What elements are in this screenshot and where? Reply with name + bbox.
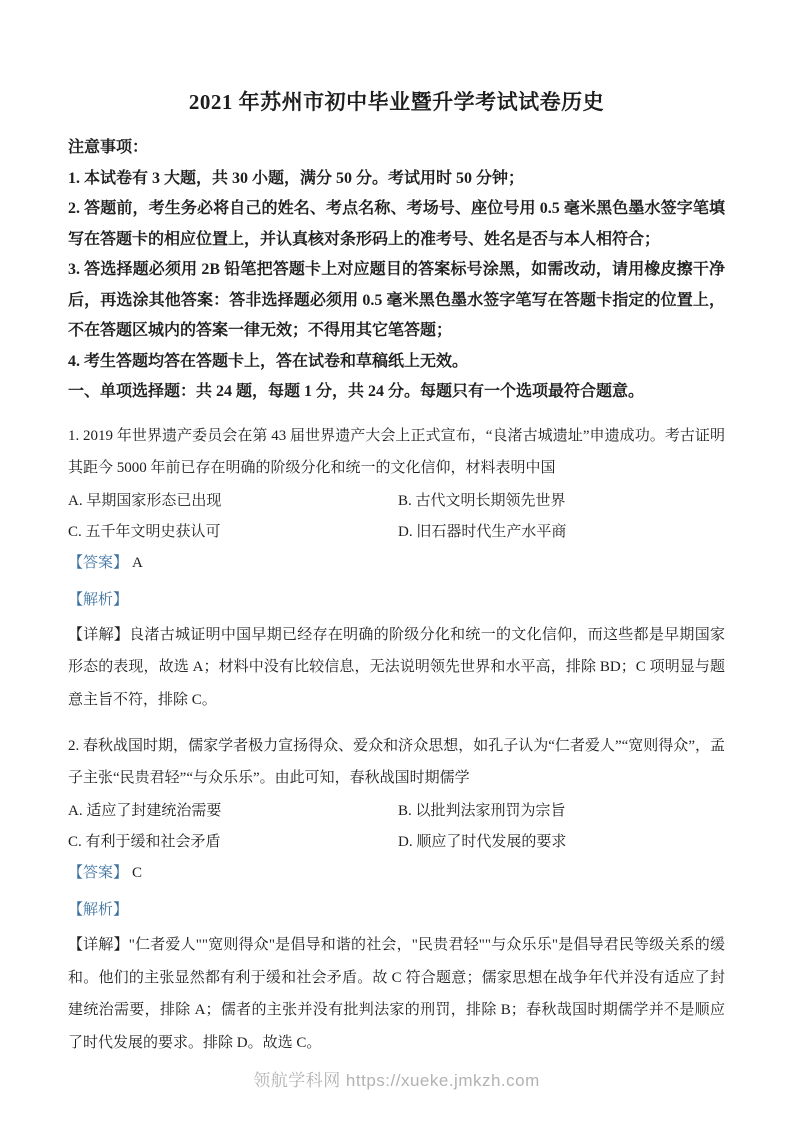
watermark-footer: 领航学科网 https://xueke.jmkzh.com xyxy=(0,1066,793,1091)
answer-marker: 【答案】 xyxy=(68,555,128,571)
answer-value: C xyxy=(132,865,142,881)
analysis-marker: 【解析】 xyxy=(68,902,128,918)
notice-item-2: 2. 答题前，考生务必将自己的姓名、考点名称、考场号、座位号用 0.5 毫米黑色… xyxy=(68,194,725,255)
question-2-option-c: C. 有利于缓和社会矛盾 xyxy=(68,832,398,852)
exam-paper-page: 2021 年苏州市初中毕业暨升学考试试卷历史 注意事项： 1. 本试卷有 3 大… xyxy=(0,0,793,1122)
question-2-option-d: D. 顺应了时代发展的要求 xyxy=(398,832,725,852)
answer-marker: 【答案】 xyxy=(68,865,128,881)
question-2-text: 2. 春秋战国时期，儒家学者极力宣扬得众、爱众和济众思想，如孔子认为“仁者爱人”… xyxy=(68,730,725,794)
question-2-answer-line: 【答案】C xyxy=(68,863,725,883)
question-1-option-d: D. 旧石器时代生产水平商 xyxy=(398,522,725,542)
question-1-options: A. 早期国家形态已出现 B. 古代文明长期领先世界 C. 五千年文明史获认可 … xyxy=(68,491,725,542)
page-title: 2021 年苏州市初中毕业暨升学考试试卷历史 xyxy=(0,0,793,116)
answer-value: A xyxy=(132,555,143,571)
question-2: 2. 春秋战国时期，儒家学者极力宣扬得众、爱众和济众思想，如孔子认为“仁者爱人”… xyxy=(68,730,725,1059)
question-1: 1. 2019 年世界遗产委员会在第 43 届世界遗产大会上正式宣布，“良渚古城… xyxy=(68,420,725,717)
page-content: 注意事项： 1. 本试卷有 3 大题，共 30 小题，满分 50 分。考试用时 … xyxy=(0,133,793,1059)
notices-section: 注意事项： 1. 本试卷有 3 大题，共 30 小题，满分 50 分。考试用时 … xyxy=(68,133,725,377)
question-1-answer-line: 【答案】A xyxy=(68,553,725,573)
question-2-option-a: A. 适应了封建统治需要 xyxy=(68,801,398,821)
question-1-detail: 【详解】良渚古城证明中国早期已经存在明确的阶级分化和统一的文化信仰，而这些都是早… xyxy=(68,619,725,717)
notices-heading: 注意事项： xyxy=(68,133,725,164)
question-2-option-b: B. 以批判法家刑罚为宗旨 xyxy=(398,801,725,821)
question-1-option-b: B. 古代文明长期领先世界 xyxy=(398,491,725,511)
question-2-analysis-line: 【解析】 xyxy=(68,900,725,920)
analysis-marker: 【解析】 xyxy=(68,592,128,608)
notice-item-1: 1. 本试卷有 3 大题，共 30 小题，满分 50 分。考试用时 50 分钟； xyxy=(68,164,725,195)
question-1-option-a: A. 早期国家形态已出现 xyxy=(68,491,398,511)
section-heading: 一、单项选择题：共 24 题，每题 1 分，共 24 分。每题只有一个选项最符合… xyxy=(68,377,725,408)
question-1-option-c: C. 五千年文明史获认可 xyxy=(68,522,398,542)
question-2-options: A. 适应了封建统治需要 B. 以批判法家刑罚为宗旨 C. 有利于缓和社会矛盾 … xyxy=(68,801,725,852)
question-2-detail: 【详解】"仁者爱人""宽则得众"是倡导和谐的社会，"民贵君轻""与众乐乐"是倡导… xyxy=(68,929,725,1059)
notice-item-3: 3. 答选择题必须用 2B 铅笔把答题卡上对应题目的答案标号涂黑，如需改动，请用… xyxy=(68,255,725,347)
notice-item-4: 4. 考生答题均答在答题卡上，答在试卷和草稿纸上无效。 xyxy=(68,347,725,378)
question-1-text: 1. 2019 年世界遗产委员会在第 43 届世界遗产大会上正式宣布，“良渚古城… xyxy=(68,420,725,484)
question-1-analysis-line: 【解析】 xyxy=(68,590,725,610)
